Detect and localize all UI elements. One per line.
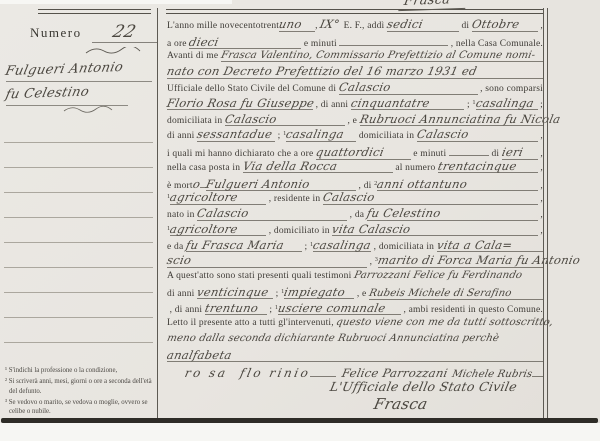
record-number-underline: 22 [92,24,158,43]
handwritten-text: L'Ufficiale dello Stato Civile [329,381,518,394]
handwritten-text: trentuno [204,303,260,315]
handwritten-text: agricoltore [169,224,239,236]
handwriting-entry: ro sa flo rinio [185,367,310,379]
handwritten-text: Frasca [403,0,452,8]
handwriting-entry: sedici [387,19,459,32]
handwriting-entry: nato con Decreto Prefettizio del 16 marz… [167,66,543,79]
handwritten-text: casalinga [474,98,534,110]
form-line: L'Ufficiale dello Stato Civile [167,381,543,397]
death-record-body: L'anno mille novecentotrentuno, IX° E. F… [167,19,543,413]
printed-text: a ore [167,39,189,49]
handwriting-entry: Parrozzani Felice fu Ferdinando [354,271,543,281]
page-edge-line [543,8,544,418]
printed-text: , residente in [266,194,323,204]
printed-text: , di anni [313,100,351,110]
printed-text: , di anni [167,305,205,315]
handwriting-entry: Frasca Valentino, Commissario Prefettizi… [221,51,543,62]
form-line: nella casa posta in Via della Rocca al n… [167,161,543,177]
spacer [167,399,374,409]
handwriting-entry: fu Celestino [367,208,538,221]
form-line: scio , 3marito di Forca Maria fu Antonio [167,255,543,271]
flourish-icon [84,47,142,56]
handwriting-entry: questo viene con me da tutti sottoscritt… [336,318,543,328]
handwritten-text: Rubeis Michele di Serafino [368,289,512,299]
printed-text: domiciliata in [167,116,225,126]
handwritten-text: sessantadue [196,129,274,141]
handwritten-text: dieci [188,37,220,49]
handwriting-entry: analfabeta [167,350,543,363]
printed-text: , ambi residenti in questo Comune. [401,305,543,315]
printed-text: , e [354,289,369,299]
deceased-name-line: Fulgueri Antonio [6,60,152,82]
handwritten-text: agricoltore [169,192,239,204]
form-line: Frasca [167,397,543,413]
handwritten-text: casalinga [312,240,372,252]
printed-text: e minuti [301,39,339,49]
handwritten-text: fu Frasca Maria [185,240,285,252]
printed-text: i quali mi hanno dichiarato che a ore [167,149,316,159]
printed-text: A quest'atto sono stati presenti quali t… [167,271,354,281]
handwriting-entry: sessantadue [197,129,275,142]
spacer [517,381,543,391]
printed-text: , nella Casa Comunale. [448,39,543,49]
handwriting-entry: dieci [189,37,301,50]
printed-text: Letto il presente atto a tutti gl'interv… [167,318,336,328]
printed-text: è mort [167,181,193,191]
handwritten-text: sedici [386,19,424,31]
handwritten-text: o [192,179,202,191]
handwriting-entry: agricoltore [170,224,266,237]
printed-text: ; [464,100,472,110]
handwritten-text: trentacinque [437,161,518,173]
handwritten-text: impiegato [283,287,346,299]
handwritten-text: usciere comunale [277,303,387,315]
printed-text: al numero [393,163,438,173]
scan-bottom-edge [0,423,600,441]
column-divider-line [157,8,158,418]
handwriting-entry: ieri [502,147,538,160]
form-line: , di anni trentuno ; 1usciere comunale ,… [167,303,543,319]
handwritten-text: questo viene con me da tutti sottoscritt… [335,318,554,328]
handwritten-text: IX° [319,19,345,31]
margin-top-double-rule [38,9,151,14]
handwritten-text: anni ottantuno [376,179,468,191]
handwriting-entry: venticinque [197,287,273,300]
handwriting-entry: Calascio [323,192,538,205]
printed-text: nella casa posta in [167,163,243,173]
handwriting-entry: IX° [320,19,343,31]
handwritten-text: Rubruoci Annunciatina fu Nicola [358,114,561,126]
printed-text: di anni [167,131,197,141]
printed-text: nato in [167,210,197,220]
handwriting-entry: o [193,179,200,191]
handwriting-entry: Calascio [417,129,538,142]
handwriting-entry: trentacinque [438,161,538,174]
flourish-icon [62,106,114,114]
handwritten-text: casalinga [285,129,345,141]
spacer [167,367,185,377]
handwriting-entry: usciere comunale [278,303,401,316]
printed-text: ; [275,131,283,141]
printed-text: , [367,257,375,267]
printed-text: L'anno mille novecentotrent [167,21,279,31]
handwritten-text: fu Celestino [366,208,442,220]
handwritten-text: quattordici [315,147,385,159]
handwritten-text: Calascio [322,192,376,204]
handwriting-entry: Frasca [374,397,427,412]
printed-text: ; [273,289,281,299]
handwriting-entry: Rubruoci Annunciatina fu Nicola [360,114,543,127]
printed-text: di anni [167,289,197,299]
printed-text: e da [167,242,186,252]
handwriting-entry: Calascio [197,208,347,221]
footnotes: ¹ S'indichi la professione o la condizio… [5,366,155,418]
printed-text: ; [302,242,310,252]
printed-text: , e [345,116,360,126]
handwriting-entry: Calascio [339,82,478,95]
deceased-name-text: Fulgueri Antonio [4,61,124,78]
handwriting-entry: vita Calascio [332,224,538,237]
printed-text: domiciliata in [356,131,416,141]
handwriting-entry: scio [167,255,367,268]
form-line: a ore dieci e minuti , nella Casa Comuna… [167,35,543,51]
margin-ruled-lines [4,118,153,364]
handwritten-text: Frasca Valentino, Commissario Prefettizi… [220,51,536,61]
form-line: L'anno mille novecentotrentuno, IX° E. F… [167,19,543,35]
deceased-name-text: fu Celestino [4,86,90,102]
handwritten-text: Frasca [372,397,429,412]
handwritten-text: nato con Decreto Prefettizio del 16 marz… [166,66,478,78]
handwritten-text: Felice Parrozzani [341,368,449,380]
handwritten-text: Florio Rosa fu Giuseppe [166,98,316,110]
handwriting-entry: meno dalla seconda dichiarante Rubruoci … [167,334,499,344]
form-line: analfabeta [167,350,543,366]
spacer [427,399,543,409]
handwritten-text: cinquantatre [350,98,431,110]
printed-text: , di [356,181,374,191]
handwritten-text: ieri [501,147,524,159]
handwriting-entry: L'Ufficiale dello Stato Civile [330,381,517,394]
blank-line [449,145,489,156]
printed-text: E. F., addì [344,21,387,31]
page-edge-line [547,8,548,418]
handwriting-entry: Via della Rocca [243,161,393,174]
printed-text: e minuti [411,149,449,159]
page-right-margin [549,0,600,420]
printed-text: Avanti di me [167,51,221,61]
handwriting-entry: trentuno [205,303,267,316]
handwritten-text: ro sa flo rinio [184,367,312,379]
handwritten-text: venticinque [196,287,270,299]
handwriting-entry: Felice Parrozzani [342,368,448,380]
record-number-label: Numero [30,25,82,41]
handwriting-entry: Calascio [225,114,345,127]
handwriting-entry: vita a Cala= [437,240,543,253]
spacer [167,381,330,391]
blank-line [532,366,543,377]
handwriting-entry: Ottobre [472,19,538,32]
handwriting-entry: cinquantatre [351,98,465,111]
handwriting-entry: casalinga [286,129,356,142]
handwritten-text: Calascio [415,129,469,141]
printed-text: ; [267,305,275,315]
handwriting-entry: anni ottantuno [377,179,538,192]
record-number-row: Numero 22 [30,24,158,43]
printed-text: Ufficiale dello Stato Civile del Comune … [167,84,339,94]
handwriting-entry: uno [279,19,315,32]
handwriting-entry: quattordici [316,147,411,160]
form-line: Letto il presente atto a tutti gl'interv… [167,318,543,334]
handwritten-text: Calascio [224,114,278,126]
cut-off-signature-fragment: Frasca [398,0,465,10]
handwritten-text: Calascio [196,208,250,220]
handwritten-text: Parrozzani Felice fu Ferdinando [353,271,523,281]
handwritten-text: uno [278,19,303,31]
printed-text: , sono comparsi [478,84,543,94]
handwriting-entry: Florio Rosa fu Giuseppe [167,98,313,111]
handwriting-entry: agricoltore [170,192,266,205]
form-line: di anni sessantadue ; 1casalinga domicil… [167,129,543,145]
handwritten-text: marito di Forca Maria fu Antonio [377,255,582,267]
deceased-name-line: fu Celestino [6,84,128,106]
death-record-scan: Numero 22 Fulgueri Antonio fu Celestino … [0,0,600,441]
handwriting-entry: casalinga [476,98,538,111]
handwritten-text: analfabeta [166,350,233,362]
handwritten-text: scio [166,255,193,267]
handwritten-text: Calascio [338,82,392,94]
blank-line [339,35,448,46]
handwritten-text: vita Calascio [331,224,412,236]
printed-text: , domiciliato in [266,226,332,236]
blank-line [310,366,336,377]
handwriting-entry: impiegato [284,287,354,300]
form-top-double-rule [166,9,543,14]
handwriting-entry: fu Frasca Maria [186,240,302,253]
scan-top-edge [0,0,232,4]
handwritten-text: Via della Rocca [242,161,339,173]
handwritten-text: Ottobre [471,19,521,31]
handwriting-entry: casalinga [313,240,371,253]
footnote-1: ¹ S'indichi la professione o la condizio… [5,366,155,376]
handwritten-text: Fulgueri Antonio [205,179,311,191]
record-number-value: 22 [111,24,138,41]
footnote-2: ² Si scriverà anni, mesi, giorni o ore a… [5,377,155,397]
handwriting-entry: Rubeis Michele di Serafino [369,289,543,300]
printed-text: , da [347,210,367,220]
printed-text: , domiciliata in [371,242,437,252]
handwritten-text: vita a Cala= [435,240,513,252]
footnote-3: ³ Se vedovo o marito, se vedova o moglie… [5,398,155,418]
handwritten-text: meno dalla seconda dichiarante Rubruoci … [166,334,500,344]
handwriting-entry: marito di Forca Maria fu Antonio [378,255,543,268]
